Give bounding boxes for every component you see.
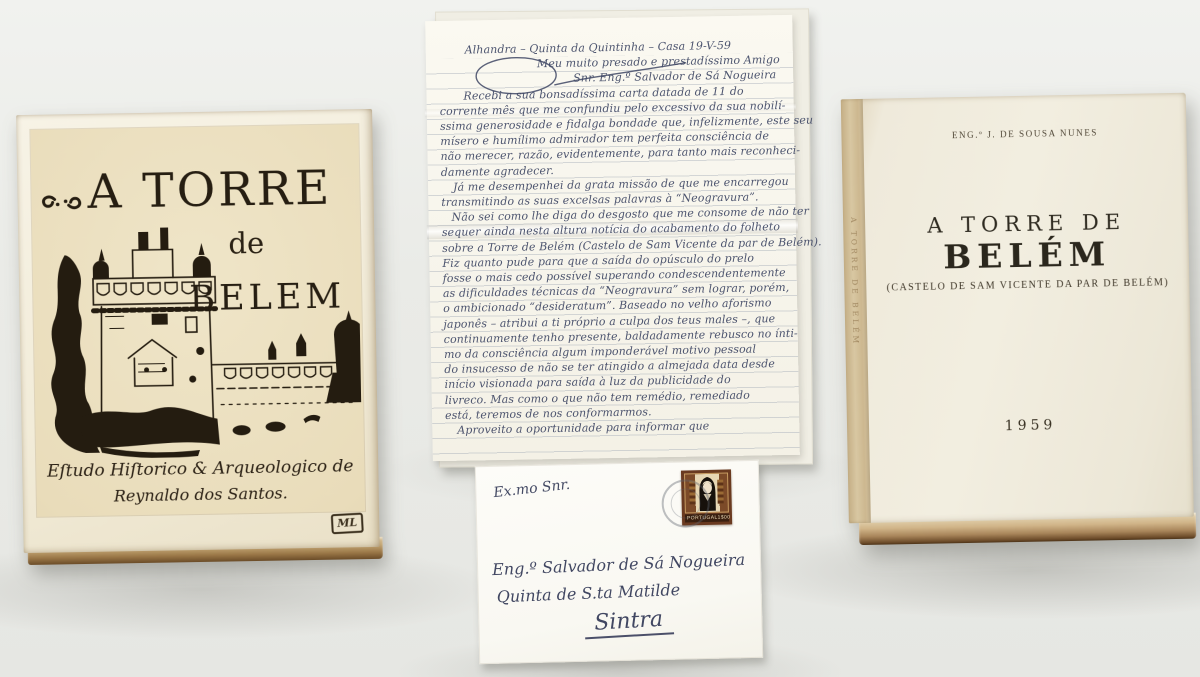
- stamp-value: 1$00: [718, 513, 731, 521]
- book-left-cover: A TORRE de BELEM: [16, 109, 380, 553]
- letter-body: Alhandra – Quinta da Quintinha – Casa 19…: [439, 37, 792, 438]
- book-right-cover-text: ENG.º J. DE SOUSA NUNES A TORRE DE BELÉM…: [863, 93, 1194, 523]
- book-right-title-line2: BELÉM: [865, 233, 1189, 278]
- book-right-subtitle: (CASTELO DE SAM VICENTE DA PAR DE BELÉM): [866, 277, 1189, 294]
- book-right-cover: A TORRE DE BELÉM ENG.º J. DE SOUSA NUNES…: [841, 93, 1194, 524]
- book-right-spine-title: A TORRE DE BELÉM: [849, 217, 860, 346]
- envelope-address-line1: Eng.º Salvador de Sá Nogueira: [492, 550, 746, 579]
- envelope-address-line2: Quinta de S.ta Matilde: [496, 580, 680, 606]
- book-right-year: 1959: [869, 415, 1192, 437]
- photo-scene: A TORRE de BELEM: [0, 0, 1200, 677]
- book-right-author: ENG.º J. DE SOUSA NUNES: [863, 126, 1186, 142]
- book-left: A TORRE de BELEM: [16, 109, 380, 565]
- book-right: A TORRE DE BELÉM ENG.º J. DE SOUSA NUNES…: [841, 93, 1194, 546]
- book-left-author: Reynaldo dos Santos.: [37, 482, 365, 507]
- envelope: Ex.mo Snr. PORTUGAL 1$00 Eng.º Salvador …: [475, 460, 763, 664]
- publisher-mark: ML: [331, 513, 364, 535]
- envelope-address-line3: Sintra: [584, 606, 674, 639]
- belem-tower-illustration: [38, 216, 362, 460]
- letter-sheet: Alhandra – Quinta da Quintinha – Casa 19…: [425, 15, 800, 461]
- envelope-salutation: Ex.mo Snr.: [493, 477, 571, 501]
- book-left-title: A TORRE: [87, 165, 333, 216]
- book-left-cover-panel: A TORRE de BELEM: [30, 124, 365, 517]
- book-left-subtitle: Eſtudo Hiſtorico & Arqueologico de: [36, 456, 364, 482]
- curl-ornament-icon: [39, 191, 83, 216]
